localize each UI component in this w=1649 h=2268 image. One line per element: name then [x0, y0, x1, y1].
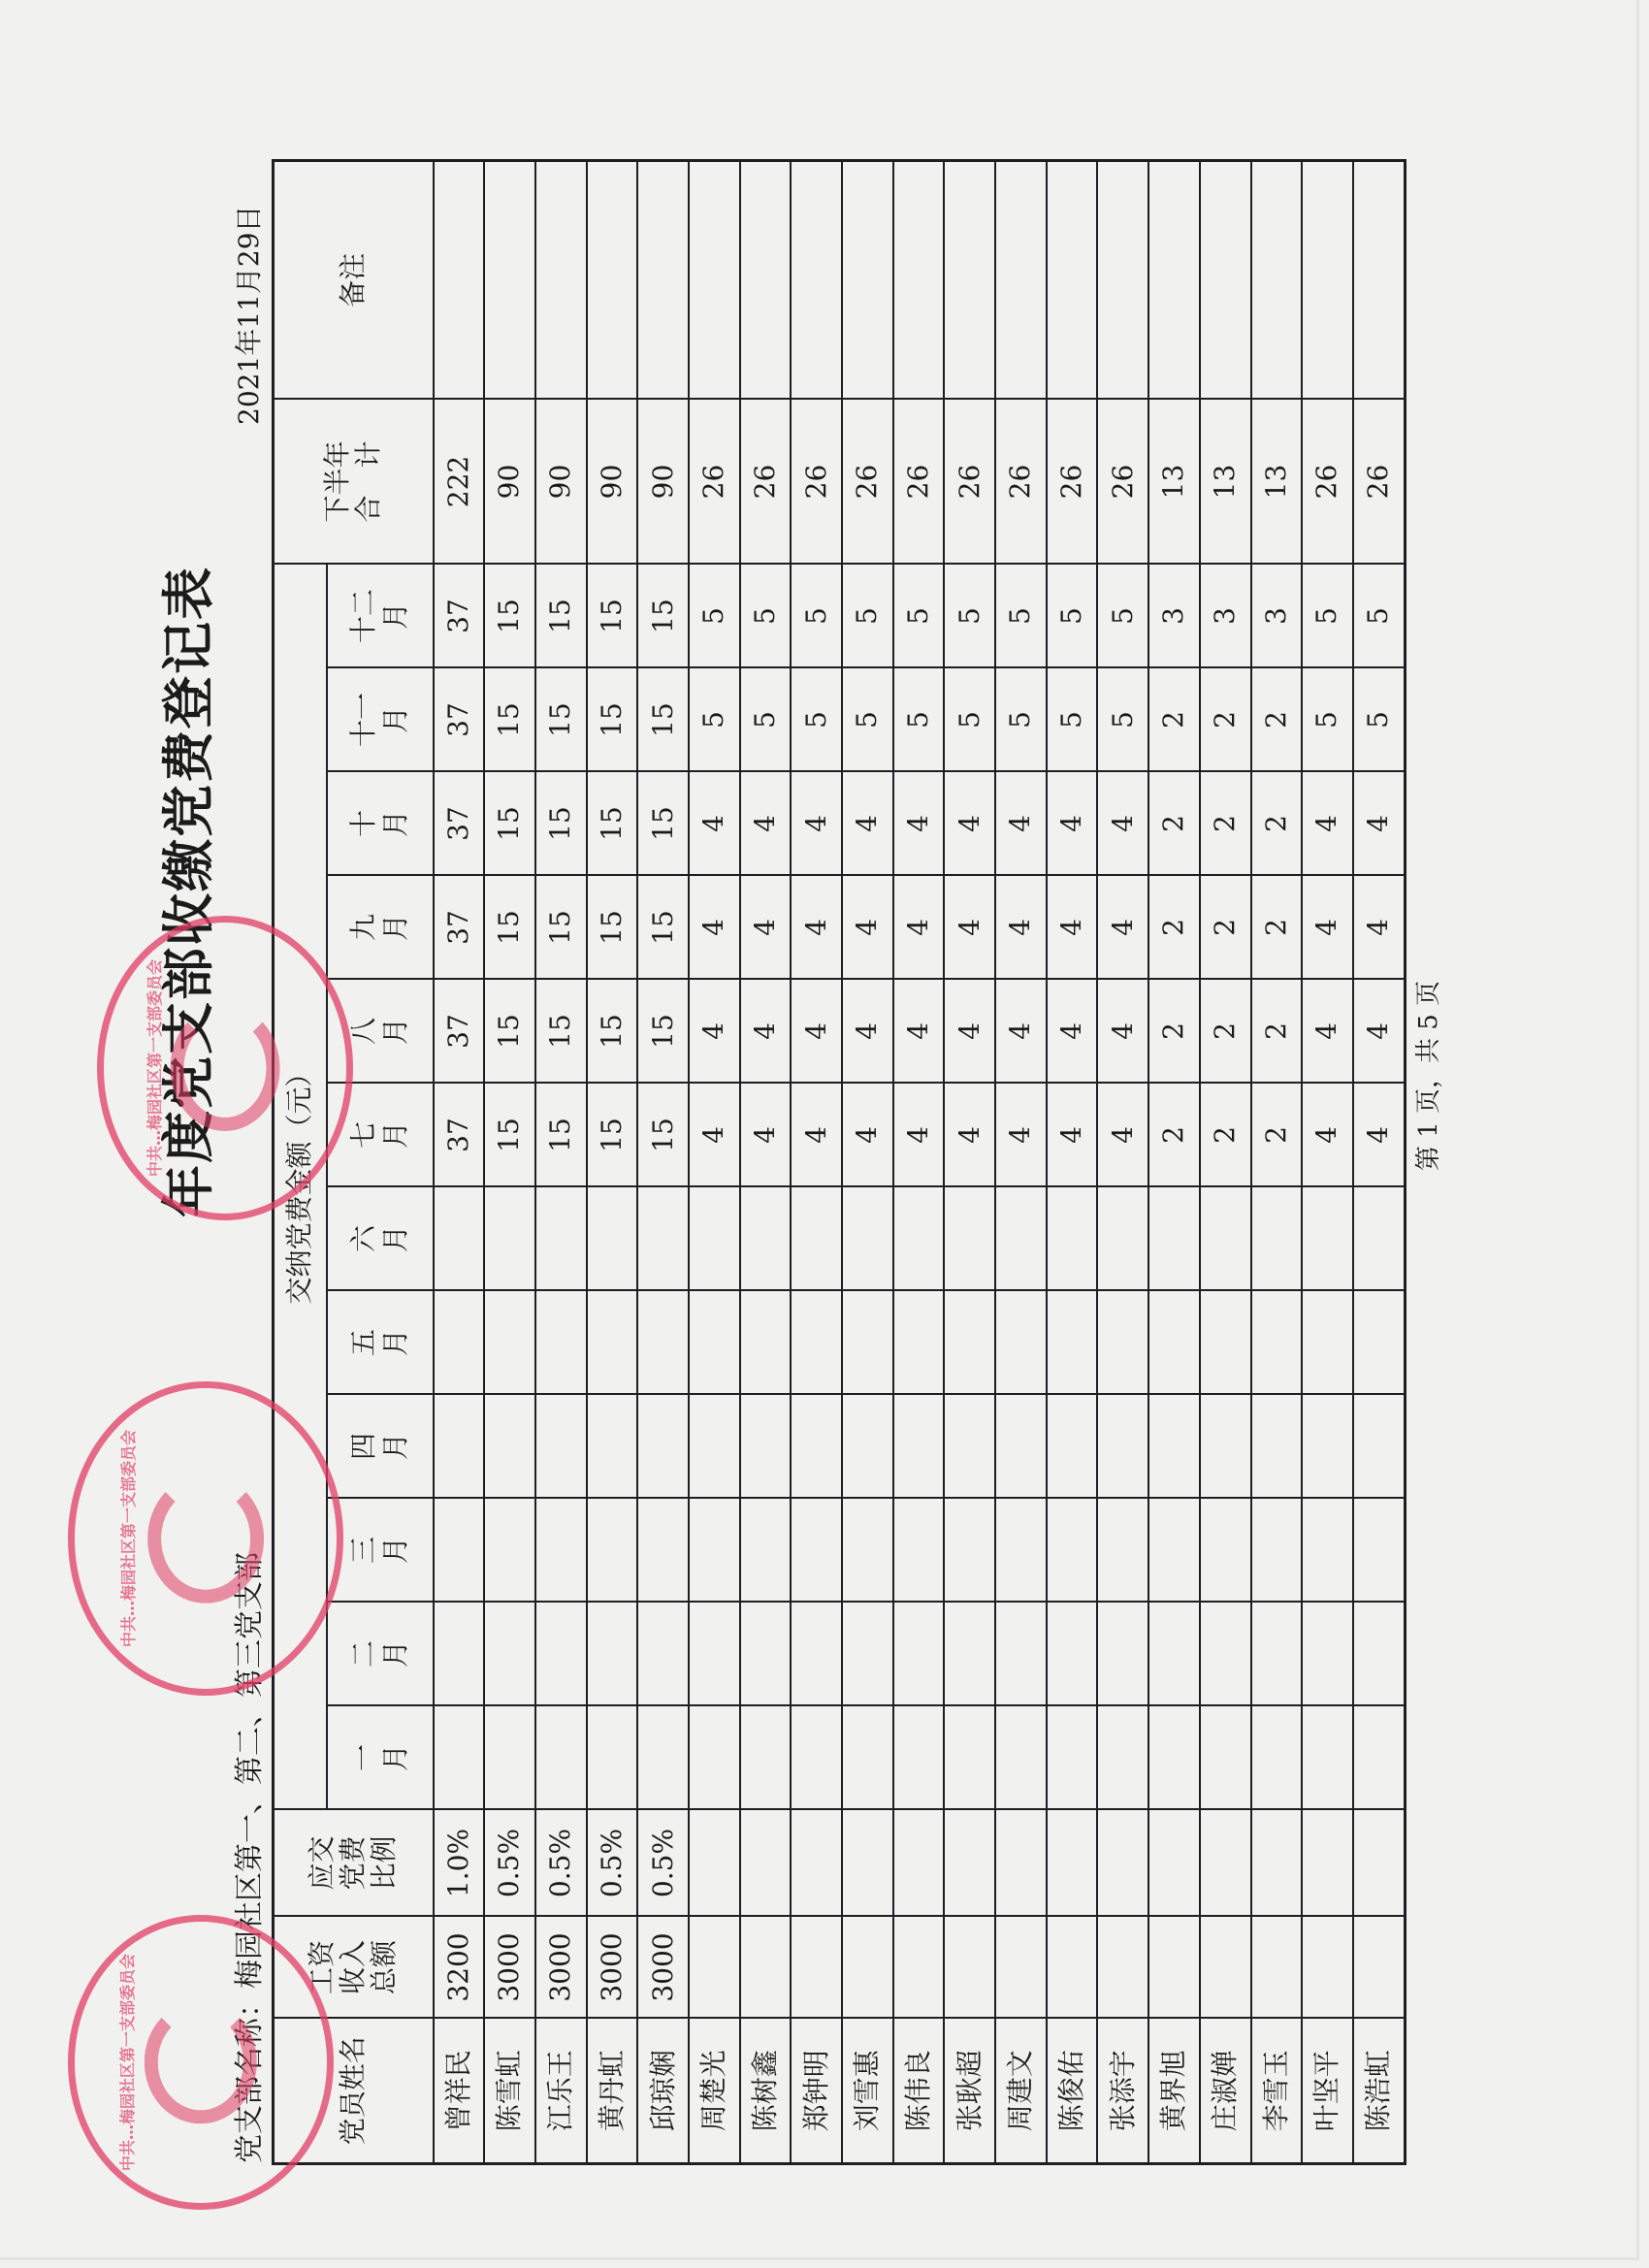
month-fee-cell	[893, 1499, 945, 1603]
header-total: 下半年合 计	[274, 399, 434, 564]
month-fee-cell: 5	[791, 564, 842, 667]
month-fee-cell: 4	[689, 772, 740, 876]
table-row: 周建文44445526	[995, 160, 1047, 2163]
month-fee-cell	[791, 1395, 842, 1499]
header-ratio: 应交党费比例	[274, 1810, 434, 1917]
month-fee-cell	[637, 1291, 689, 1395]
ratio-cell	[1148, 1810, 1200, 1917]
ratio-cell	[1251, 1810, 1303, 1917]
remark-cell	[995, 160, 1047, 399]
income-cell	[1302, 1917, 1353, 2019]
month-fee-cell: 4	[689, 980, 740, 1084]
month-fee-cell	[587, 1291, 638, 1395]
month-fee-cell: 2	[1200, 876, 1251, 980]
month-fee-cell	[1302, 1395, 1353, 1499]
remark-cell	[1097, 160, 1148, 399]
month-fee-cell: 3	[1200, 564, 1251, 667]
member-name: 曾祥民	[434, 2019, 485, 2164]
total-cell: 26	[995, 399, 1047, 564]
ratio-cell	[791, 1810, 842, 1917]
table-row: 郑钟明44445526	[791, 160, 842, 2163]
month-fee-cell	[535, 1706, 587, 1810]
remark-cell	[944, 160, 995, 399]
month-fee-cell	[1302, 1706, 1353, 1810]
total-cell: 13	[1148, 399, 1200, 564]
month-fee-cell: 15	[535, 876, 587, 980]
month-fee-cell	[1251, 1187, 1303, 1291]
month-fee-cell: 3	[1148, 564, 1200, 667]
month-fee-cell: 37	[434, 1084, 485, 1187]
header-month-3: 三月	[327, 1499, 434, 1603]
month-fee-cell	[791, 1187, 842, 1291]
month-fee-cell: 4	[791, 876, 842, 980]
header-fee-group: 交纳党费金额（元）	[274, 564, 327, 1809]
month-fee-cell: 4	[1353, 772, 1406, 876]
month-fee-cell: 15	[637, 772, 689, 876]
month-fee-cell	[1251, 1395, 1303, 1499]
month-fee-cell: 4	[1047, 876, 1098, 980]
month-fee-cell: 5	[995, 668, 1047, 772]
month-fee-cell: 15	[535, 980, 587, 1084]
remark-cell	[637, 160, 689, 399]
month-fee-cell	[1047, 1706, 1098, 1810]
month-fee-cell: 2	[1251, 980, 1303, 1084]
header-month-2: 二月	[327, 1603, 434, 1706]
month-fee-cell: 15	[535, 668, 587, 772]
month-fee-cell: 4	[893, 1084, 945, 1187]
month-fee-cell	[484, 1603, 535, 1706]
total-cell: 26	[1047, 399, 1098, 564]
member-name: 陈树鑫	[740, 2019, 792, 2164]
member-name: 陈伟良	[893, 2019, 945, 2164]
month-fee-cell: 2	[1200, 980, 1251, 1084]
month-fee-cell: 4	[791, 980, 842, 1084]
table-row: 黄界旭22222313	[1148, 160, 1200, 2163]
remark-cell	[842, 160, 893, 399]
member-name: 李雪玉	[1251, 2019, 1303, 2164]
member-name: 周楚光	[689, 2019, 740, 2164]
month-fee-cell: 4	[689, 876, 740, 980]
month-fee-cell	[1353, 1499, 1406, 1603]
ratio-cell: 0.5%	[637, 1810, 689, 1917]
table-row: 张耿超44445526	[944, 160, 995, 2163]
month-fee-cell	[535, 1395, 587, 1499]
branch-line: 党支部名称：梅园社区第一、第二、第三党支部	[225, 1552, 268, 2163]
month-fee-cell: 5	[1302, 668, 1353, 772]
month-fee-cell: 4	[740, 876, 792, 980]
month-fee-cell: 4	[1097, 980, 1148, 1084]
month-fee-cell	[434, 1291, 485, 1395]
month-fee-cell: 2	[1200, 772, 1251, 876]
table-row: 陈俊佑44445526	[1047, 160, 1098, 2163]
month-fee-cell: 5	[1047, 564, 1098, 667]
ratio-cell	[1200, 1810, 1251, 1917]
branch-label: 党支部名称：	[233, 1989, 267, 2163]
month-fee-cell	[689, 1395, 740, 1499]
income-cell: 3200	[434, 1917, 485, 2019]
remark-cell	[1302, 160, 1353, 399]
month-fee-cell	[995, 1395, 1047, 1499]
month-fee-cell	[1200, 1706, 1251, 1810]
member-name: 庄淑婵	[1200, 2019, 1251, 2164]
month-fee-cell	[434, 1499, 485, 1603]
branch-name: 梅园社区第一、第二、第三党支部	[233, 1552, 267, 1989]
month-fee-cell: 15	[637, 668, 689, 772]
total-cell: 26	[944, 399, 995, 564]
remark-cell	[1353, 160, 1406, 399]
remark-cell	[893, 160, 945, 399]
month-fee-cell	[944, 1395, 995, 1499]
month-fee-cell: 15	[484, 564, 535, 667]
month-fee-cell	[842, 1603, 893, 1706]
month-fee-cell	[1200, 1291, 1251, 1395]
income-cell	[1251, 1917, 1303, 2019]
month-fee-cell: 4	[1097, 876, 1148, 980]
month-fee-cell: 5	[893, 668, 945, 772]
month-fee-cell: 15	[484, 1084, 535, 1187]
remark-cell	[1047, 160, 1098, 399]
month-fee-cell	[740, 1187, 792, 1291]
month-fee-cell	[995, 1291, 1047, 1395]
month-fee-cell	[893, 1291, 945, 1395]
month-fee-cell	[1047, 1499, 1098, 1603]
month-fee-cell: 5	[842, 668, 893, 772]
month-fee-cell	[1302, 1291, 1353, 1395]
ratio-cell	[893, 1810, 945, 1917]
month-fee-cell	[1200, 1603, 1251, 1706]
month-fee-cell: 4	[842, 1084, 893, 1187]
month-fee-cell: 15	[484, 980, 535, 1084]
month-fee-cell: 37	[434, 564, 485, 667]
table-row: 陈浩虹44445526	[1353, 160, 1406, 2163]
header-month-11: 十一月	[327, 668, 434, 772]
month-fee-cell	[842, 1291, 893, 1395]
table-row: 陈雪虹30000.5%15151515151590	[484, 160, 535, 2163]
month-fee-cell	[1302, 1187, 1353, 1291]
month-fee-cell	[791, 1603, 842, 1706]
member-name: 邱琼娴	[637, 2019, 689, 2164]
income-cell	[944, 1917, 995, 2019]
income-cell: 3000	[484, 1917, 535, 2019]
month-fee-cell	[434, 1395, 485, 1499]
total-cell: 26	[842, 399, 893, 564]
table-row: 江乐王30000.5%15151515151590	[535, 160, 587, 2163]
month-fee-cell	[484, 1291, 535, 1395]
total-cell: 90	[484, 399, 535, 564]
month-fee-cell	[1097, 1499, 1148, 1603]
month-fee-cell	[1302, 1603, 1353, 1706]
month-fee-cell: 2	[1200, 668, 1251, 772]
month-fee-cell	[1047, 1291, 1098, 1395]
month-fee-cell: 15	[535, 564, 587, 667]
month-fee-cell: 2	[1251, 876, 1303, 980]
header-month-12: 十二月	[327, 564, 434, 667]
month-fee-cell	[995, 1187, 1047, 1291]
month-fee-cell: 5	[689, 564, 740, 667]
month-fee-cell: 5	[1047, 668, 1098, 772]
remark-cell	[740, 160, 792, 399]
total-cell: 26	[740, 399, 792, 564]
remark-cell	[434, 160, 485, 399]
month-fee-cell	[995, 1706, 1047, 1810]
month-fee-cell	[1251, 1603, 1303, 1706]
income-cell	[1148, 1917, 1200, 2019]
ratio-cell	[1302, 1810, 1353, 1917]
month-fee-cell	[1353, 1187, 1406, 1291]
table-row: 张添宇44445526	[1097, 160, 1148, 2163]
member-name: 张耿超	[944, 2019, 995, 2164]
month-fee-cell	[1097, 1603, 1148, 1706]
month-fee-cell: 4	[842, 772, 893, 876]
member-name: 郑钟明	[791, 2019, 842, 2164]
month-fee-cell	[740, 1706, 792, 1810]
ratio-cell	[689, 1810, 740, 1917]
month-fee-cell: 5	[1353, 564, 1406, 667]
month-fee-cell: 4	[689, 1084, 740, 1187]
ratio-cell	[740, 1810, 792, 1917]
month-fee-cell: 2	[1148, 772, 1200, 876]
document-sheet: 年度党支部收缴党费登记表 党支部名称：梅园社区第一、第二、第三党支部 2021年…	[0, 0, 1649, 2268]
month-fee-cell	[944, 1499, 995, 1603]
member-name: 刘雪惠	[842, 2019, 893, 2164]
total-cell: 26	[1353, 399, 1406, 564]
month-fee-cell	[740, 1499, 792, 1603]
month-fee-cell: 15	[587, 564, 638, 667]
ratio-cell: 1.0%	[434, 1810, 485, 1917]
month-fee-cell: 15	[587, 1084, 638, 1187]
month-fee-cell: 37	[434, 876, 485, 980]
month-fee-cell: 4	[1097, 1084, 1148, 1187]
month-fee-cell	[689, 1706, 740, 1810]
table-row: 周楚光44445526	[689, 160, 740, 2163]
month-fee-cell	[791, 1291, 842, 1395]
income-cell: 3000	[535, 1917, 587, 2019]
month-fee-cell: 15	[535, 772, 587, 876]
month-fee-cell: 5	[842, 564, 893, 667]
total-cell: 26	[1302, 399, 1353, 564]
member-name: 陈俊佑	[1047, 2019, 1098, 2164]
remark-cell	[1200, 160, 1251, 399]
month-fee-cell	[1097, 1395, 1148, 1499]
income-cell	[1047, 1917, 1098, 2019]
month-fee-cell	[484, 1706, 535, 1810]
ratio-cell	[944, 1810, 995, 1917]
month-fee-cell: 4	[944, 772, 995, 876]
month-fee-cell: 5	[689, 668, 740, 772]
month-fee-cell	[1251, 1499, 1303, 1603]
month-fee-cell: 5	[740, 564, 792, 667]
month-fee-cell: 2	[1251, 668, 1303, 772]
member-name: 江乐王	[535, 2019, 587, 2164]
month-fee-cell: 3	[1251, 564, 1303, 667]
month-fee-cell	[434, 1706, 485, 1810]
month-fee-cell	[893, 1603, 945, 1706]
header-month-5: 五月	[327, 1291, 434, 1395]
month-fee-cell	[484, 1187, 535, 1291]
month-fee-cell: 2	[1251, 1084, 1303, 1187]
member-name: 张添宇	[1097, 2019, 1148, 2164]
month-fee-cell: 15	[637, 1084, 689, 1187]
header-month-10: 十月	[327, 772, 434, 876]
month-fee-cell	[535, 1291, 587, 1395]
table-row: 叶坚平44445526	[1302, 160, 1353, 2163]
month-fee-cell	[637, 1395, 689, 1499]
total-cell: 90	[587, 399, 638, 564]
month-fee-cell	[587, 1187, 638, 1291]
remark-cell	[587, 160, 638, 399]
total-cell: 13	[1251, 399, 1303, 564]
month-fee-cell	[1353, 1706, 1406, 1810]
month-fee-cell	[1148, 1395, 1200, 1499]
remark-cell	[1251, 160, 1303, 399]
month-fee-cell: 5	[1302, 564, 1353, 667]
table-row: 陈伟良44445526	[893, 160, 945, 2163]
month-fee-cell	[1097, 1187, 1148, 1291]
month-fee-cell: 5	[893, 564, 945, 667]
member-name: 黄丹虹	[587, 2019, 638, 2164]
seal-text: 中共…梅园社区第一支部委员会	[115, 1922, 138, 2203]
month-fee-cell	[689, 1291, 740, 1395]
month-fee-cell: 15	[587, 772, 638, 876]
month-fee-cell	[1302, 1499, 1353, 1603]
month-fee-cell: 4	[893, 980, 945, 1084]
remark-cell	[689, 160, 740, 399]
ratio-cell	[1047, 1810, 1098, 1917]
total-cell: 222	[434, 399, 485, 564]
month-fee-cell	[1353, 1603, 1406, 1706]
income-cell	[740, 1917, 792, 2019]
ratio-cell	[842, 1810, 893, 1917]
month-fee-cell: 15	[637, 564, 689, 667]
month-fee-cell	[587, 1395, 638, 1499]
header-month-7: 七月	[327, 1084, 434, 1187]
month-fee-cell	[791, 1499, 842, 1603]
month-fee-cell	[1047, 1187, 1098, 1291]
month-fee-cell	[1047, 1395, 1098, 1499]
header-income: 工资收入总额	[274, 1917, 434, 2019]
month-fee-cell	[842, 1395, 893, 1499]
month-fee-cell: 15	[484, 772, 535, 876]
month-fee-cell	[944, 1187, 995, 1291]
header-month-6: 六月	[327, 1187, 434, 1291]
total-cell: 90	[637, 399, 689, 564]
month-fee-cell: 4	[1353, 876, 1406, 980]
month-fee-cell: 5	[995, 564, 1047, 667]
month-fee-cell	[842, 1706, 893, 1810]
seal-text: 中共…梅园社区第一支部委员会	[116, 1388, 139, 1689]
month-fee-cell: 15	[484, 876, 535, 980]
month-fee-cell: 4	[944, 980, 995, 1084]
month-fee-cell	[893, 1706, 945, 1810]
income-cell: 3000	[637, 1917, 689, 2019]
month-fee-cell	[587, 1499, 638, 1603]
month-fee-cell	[1200, 1187, 1251, 1291]
month-fee-cell	[1353, 1395, 1406, 1499]
member-name: 陈浩虹	[1353, 2019, 1406, 2164]
month-fee-cell	[637, 1603, 689, 1706]
table-row: 李雪玉22222313	[1251, 160, 1303, 2163]
month-fee-cell	[842, 1187, 893, 1291]
month-fee-cell: 4	[1302, 876, 1353, 980]
total-cell: 90	[535, 399, 587, 564]
month-fee-cell	[1148, 1706, 1200, 1810]
header-remark: 备注	[274, 160, 434, 399]
income-cell	[1200, 1917, 1251, 2019]
income-cell	[791, 1917, 842, 2019]
month-fee-cell: 4	[893, 876, 945, 980]
month-fee-cell	[944, 1603, 995, 1706]
month-fee-cell: 15	[484, 668, 535, 772]
month-fee-cell: 5	[791, 668, 842, 772]
month-fee-cell: 5	[944, 668, 995, 772]
month-fee-cell: 15	[637, 980, 689, 1084]
month-fee-cell	[1097, 1291, 1148, 1395]
month-fee-cell: 15	[587, 980, 638, 1084]
month-fee-cell	[637, 1706, 689, 1810]
month-fee-cell: 15	[587, 876, 638, 980]
table-row: 庄淑婵22222313	[1200, 160, 1251, 2163]
month-fee-cell	[944, 1291, 995, 1395]
month-fee-cell: 2	[1148, 668, 1200, 772]
month-fee-cell	[689, 1499, 740, 1603]
month-fee-cell	[434, 1603, 485, 1706]
month-fee-cell: 4	[740, 980, 792, 1084]
month-fee-cell: 5	[1097, 668, 1148, 772]
month-fee-cell: 4	[791, 772, 842, 876]
member-name: 陈雪虹	[484, 2019, 535, 2164]
month-fee-cell	[637, 1499, 689, 1603]
month-fee-cell	[535, 1187, 587, 1291]
month-fee-cell	[1148, 1187, 1200, 1291]
month-fee-cell: 4	[1047, 1084, 1098, 1187]
month-fee-cell: 4	[842, 980, 893, 1084]
month-fee-cell: 4	[995, 1084, 1047, 1187]
month-fee-cell: 4	[1302, 1084, 1353, 1187]
total-cell: 26	[1097, 399, 1148, 564]
table-row: 黄丹虹30000.5%15151515151590	[587, 160, 638, 2163]
month-fee-cell: 2	[1148, 1084, 1200, 1187]
remark-cell	[1148, 160, 1200, 399]
total-cell: 26	[893, 399, 945, 564]
month-fee-cell: 4	[1302, 772, 1353, 876]
month-fee-cell: 4	[740, 1084, 792, 1187]
table-row: 邱琼娴30000.5%15151515151590	[637, 160, 689, 2163]
member-name: 黄界旭	[1148, 2019, 1200, 2164]
income-cell	[893, 1917, 945, 2019]
month-fee-cell: 15	[535, 1084, 587, 1187]
header-month-4: 四月	[327, 1395, 434, 1499]
month-fee-cell	[944, 1706, 995, 1810]
month-fee-cell: 2	[1200, 1084, 1251, 1187]
month-fee-cell	[1148, 1603, 1200, 1706]
month-fee-cell: 37	[434, 668, 485, 772]
dues-table: 党员姓名 工资收入总额 应交党费比例 交纳党费金额（元） 下半年合 计 备注 一…	[272, 159, 1406, 2165]
header-month-8: 八月	[327, 980, 434, 1084]
month-fee-cell	[1097, 1706, 1148, 1810]
table-row: 陈树鑫44445526	[740, 160, 792, 2163]
month-fee-cell: 4	[944, 876, 995, 980]
income-cell	[689, 1917, 740, 2019]
month-fee-cell: 4	[995, 876, 1047, 980]
remark-cell	[791, 160, 842, 399]
income-cell	[995, 1917, 1047, 2019]
month-fee-cell	[587, 1603, 638, 1706]
month-fee-cell	[1353, 1291, 1406, 1395]
income-cell: 3000	[587, 1917, 638, 2019]
month-fee-cell	[484, 1499, 535, 1603]
ratio-cell	[995, 1810, 1047, 1917]
month-fee-cell	[842, 1499, 893, 1603]
